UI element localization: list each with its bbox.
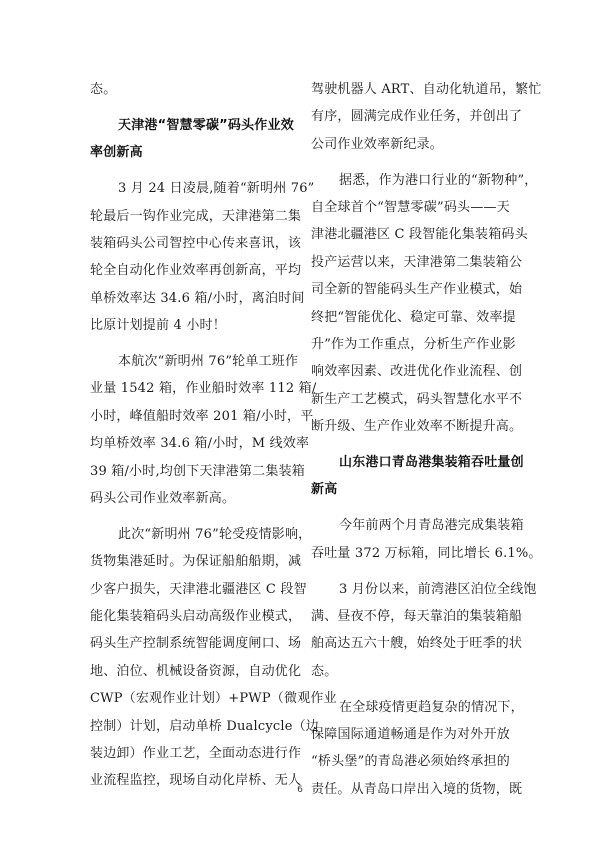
text-line: 轮最后一钩作业完成，天津港第二集 <box>90 203 289 230</box>
text-line: 小时，峰值船时效率 201 箱/小时，平 <box>90 403 289 430</box>
text-line: 能化集装箱码头启动高级作业模式， <box>90 603 289 630</box>
text-line: 货物集港延时。为保证船舶船期，减 <box>90 548 289 575</box>
text-line: CWP（宏观作业计划）+PWP（微观作业 <box>90 685 289 712</box>
left-column: 态。 天津港“智慧零碳”码头作业效 率创新高 3 月 24 日凌晨,随着“新明州… <box>90 76 289 803</box>
text-line: 业量 1542 箱，作业船时效率 112 箱/ <box>90 375 289 402</box>
page-number: 6 <box>0 785 600 795</box>
text-line: 态。 <box>90 76 289 103</box>
text-line: “桥头堡”的青岛港必须始终承担的 <box>311 748 510 775</box>
right-column: 驾驶机器人 ART、自动化轨道吊，繁忙 有序，圆满完成作业任务，并创出了 公司作… <box>311 76 510 812</box>
text-line: 轮全自动化作业效率再创新高，平均 <box>90 257 289 284</box>
text-line: 此次“新明州 76”轮受疫情影响， <box>90 521 289 548</box>
text-line: 断升级、生产作业效率不断提升高。 <box>311 413 510 440</box>
heading-line: 率创新高 <box>90 139 289 166</box>
heading-line: 天津港“智慧零碳”码头作业效 <box>90 112 289 139</box>
text-line: 3 月 24 日凌晨,随着“新明州 76” <box>90 175 289 202</box>
text-line: 少客户损失，天津港北疆港区 C 段智 <box>90 576 289 603</box>
text-line: 装箱码头公司智控中心传来喜讯，该 <box>90 230 289 257</box>
text-line: 驾驶机器人 ART、自动化轨道吊，繁忙 <box>311 76 510 103</box>
text-line: 自全球首个“智慧零碳”码头——天 <box>311 194 510 221</box>
text-line: 控制）计划，启动单桥 Dualcycle（边 <box>90 713 289 740</box>
text-line: 司全新的智能码头生产作业模式，始 <box>311 276 510 303</box>
paragraph: 本航次“新明州 76”轮单工班作 业量 1542 箱，作业船时效率 112 箱/… <box>90 348 289 512</box>
text-line: 舶高达五六十艘，始终处于旺季的状 <box>311 630 510 657</box>
text-line: 有序，圆满完成作业任务，并创出了 <box>311 103 510 130</box>
text-line: 态。 <box>311 658 510 685</box>
heading-line: 山东港口青岛港集装箱吞吐量创 <box>311 449 510 476</box>
text-line: 单桥效率达 34.6 箱/小时，离泊时间 <box>90 285 289 312</box>
text-line: 码头公司作业效率新高。 <box>90 485 289 512</box>
paragraph: 此次“新明州 76”轮受疫情影响， 货物集港延时。为保证船舶船期，减 少客户损失… <box>90 521 289 795</box>
paragraph: 3 月份以来，前湾港区泊位全线饱 满、昼夜不停，每天靠泊的集装箱船 舶高达五六十… <box>311 576 510 686</box>
text-line: 地、泊位、机械设备资源，自动优化 <box>90 658 289 685</box>
text-line: 保障国际通道畅通是作为对外开放 <box>311 721 510 748</box>
text-line: 新生产工艺模式，码头智慧化水平不 <box>311 386 510 413</box>
text-line: 津港北疆港区 C 段智能化集装箱码头 <box>311 221 510 248</box>
text-line: 码头生产控制系统智能调度闸口、场 <box>90 630 289 657</box>
text-line: 比原计划提前 4 小时！ <box>90 312 289 339</box>
text-line: 终把“智能优化、稳定可靠、效率提 <box>311 304 510 331</box>
text-line: 装边卸）作业工艺，全面动态进行作 <box>90 740 289 767</box>
text-line: 升”作为工作重点，分析生产作业影 <box>311 331 510 358</box>
heading-line: 新高 <box>311 476 510 503</box>
section-heading-tianjin: 天津港“智慧零碳”码头作业效 率创新高 <box>90 112 289 167</box>
text-line: 公司作业效率新纪录。 <box>311 131 510 158</box>
section-heading-qingdao: 山东港口青岛港集装箱吞吐量创 新高 <box>311 449 510 504</box>
text-line: 今年前两个月青岛港完成集装箱 <box>311 512 510 539</box>
document-page: 态。 天津港“智慧零碳”码头作业效 率创新高 3 月 24 日凌晨,随着“新明州… <box>0 0 600 848</box>
text-line: 39 箱/小时,均创下天津港第二集装箱 <box>90 458 289 485</box>
text-line: 据悉，作为港口行业的“新物种”， <box>311 167 510 194</box>
text-line: 均单桥效率 34.6 箱/小时，M 线效率 <box>90 430 289 457</box>
paragraph: 据悉，作为港口行业的“新物种”， 自全球首个“智慧零碳”码头——天 津港北疆港区… <box>311 167 510 441</box>
paragraph: 3 月 24 日凌晨,随着“新明州 76” 轮最后一钩作业完成，天津港第二集 装… <box>90 175 289 339</box>
paragraph-continuation: 态。 <box>90 76 289 103</box>
text-line: 响效率因素、改进优化作业流程、创 <box>311 358 510 385</box>
paragraph-continuation: 驾驶机器人 ART、自动化轨道吊，繁忙 有序，圆满完成作业任务，并创出了 公司作… <box>311 76 510 158</box>
text-line: 3 月份以来，前湾港区泊位全线饱 <box>311 576 510 603</box>
text-line: 在全球疫情更趋复杂的情况下， <box>311 694 510 721</box>
paragraph: 今年前两个月青岛港完成集装箱 吞吐量 372 万标箱，同比增长 6.1%。 <box>311 512 510 567</box>
text-line: 满、昼夜不停，每天靠泊的集装箱船 <box>311 603 510 630</box>
text-line: 吞吐量 372 万标箱，同比增长 6.1%。 <box>311 540 510 567</box>
text-line: 本航次“新明州 76”轮单工班作 <box>90 348 289 375</box>
text-line: 投产运营以来，天津港第二集装箱公 <box>311 249 510 276</box>
